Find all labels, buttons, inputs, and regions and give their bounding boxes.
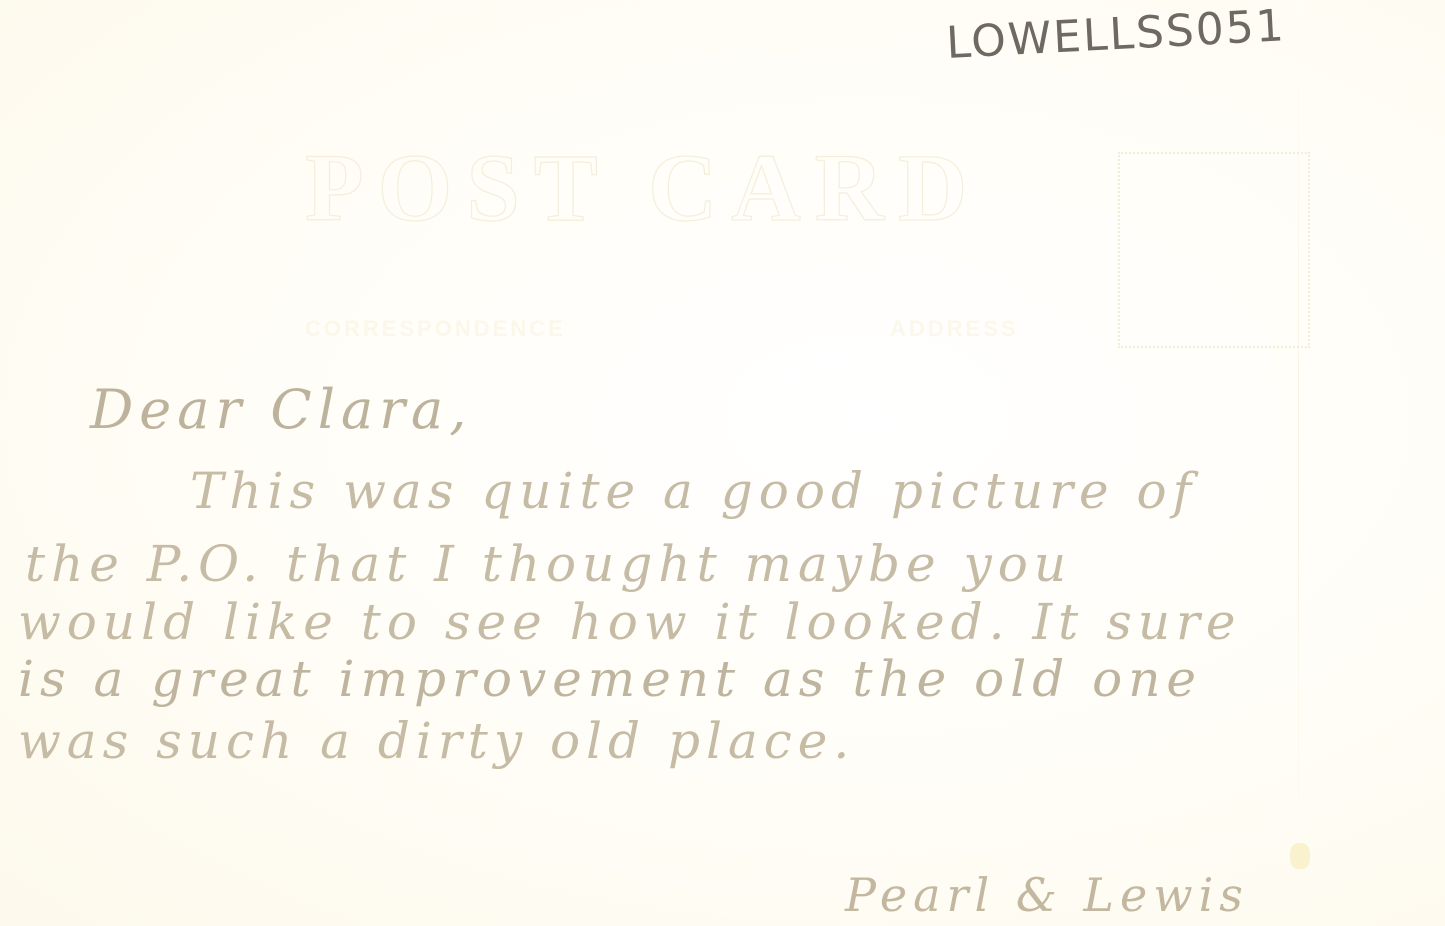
paper-stain <box>1290 843 1310 869</box>
stamp-box <box>1118 152 1310 348</box>
message-line: is a great improvement as the old one <box>18 650 1202 708</box>
message-signature: Pearl & Lewis <box>845 868 1249 922</box>
message-line: This was quite a good picture of <box>190 462 1197 520</box>
address-divider-line <box>1298 0 1299 926</box>
printed-address-label: ADDRESS <box>890 316 1019 342</box>
message-line: was such a dirty old place. <box>18 712 855 770</box>
message-line: would like to see how it looked. It sure <box>18 593 1242 651</box>
postcard-back: LOWELLSS051 POST CARD CORRESPONDENCE ADD… <box>0 0 1445 926</box>
printed-correspondence-label: CORRESPONDENCE <box>305 316 566 342</box>
message-line: the P.O. that I thought maybe you <box>25 535 1072 593</box>
catalog-number: LOWELLSS051 <box>945 0 1287 69</box>
printed-postcard-title: POST CARD <box>305 132 981 243</box>
message-greeting: Dear Clara, <box>90 378 472 441</box>
